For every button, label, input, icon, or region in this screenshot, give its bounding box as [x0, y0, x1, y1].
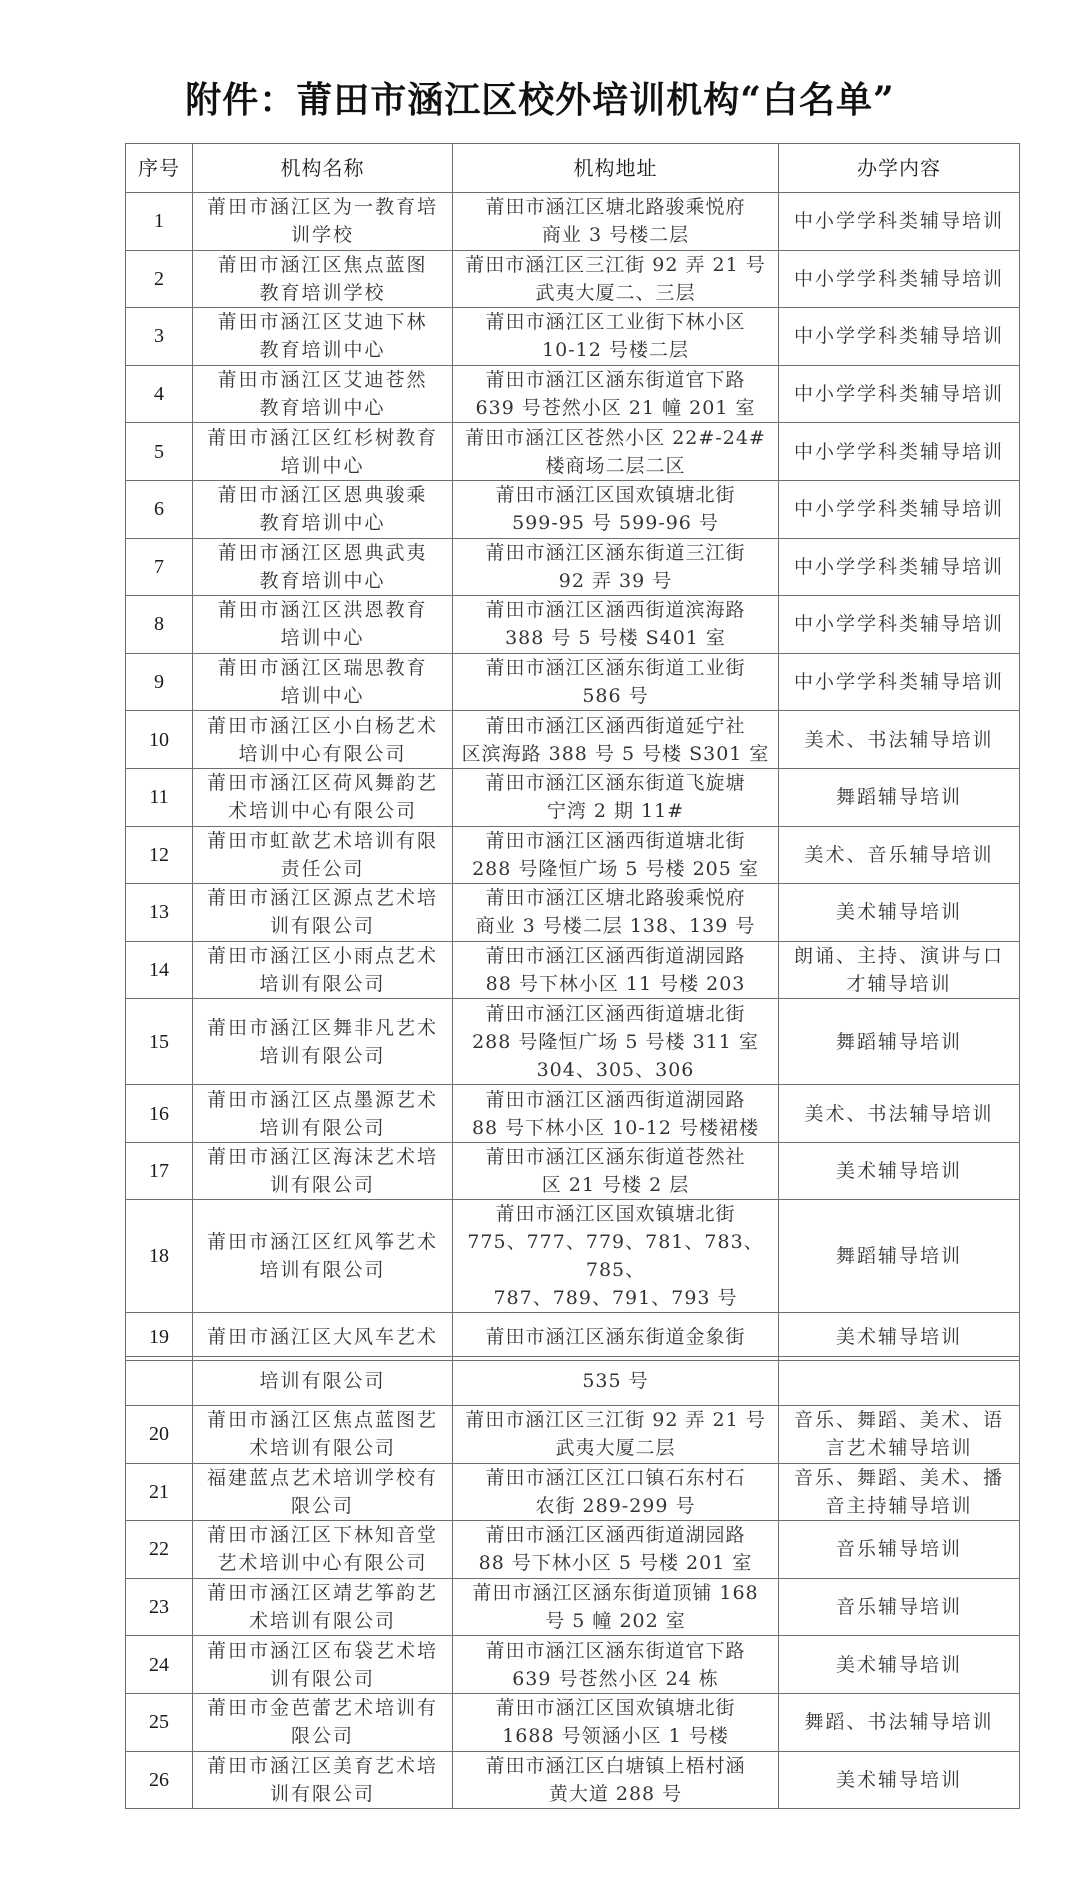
cell-address-text: 莆田市涵江区涵西街道塘北街 288 号隆恒广场 5 号楼 205 室 [459, 827, 772, 883]
cell-address: 535 号 [453, 1357, 779, 1406]
cell-content-text: 美术辅导培训 [785, 898, 1013, 926]
cell-address: 莆田市涵江区涵东街道苍然社 区 21 号楼 2 层 [453, 1143, 779, 1200]
cell-address-text: 莆田市涵江区涵东街道官下路 639 号苍然小区 21 幢 201 室 [459, 366, 772, 422]
cell-no-text: 3 [132, 322, 186, 350]
cell-content: 音乐辅导培训 [779, 1521, 1020, 1579]
cell-name-text: 福建蓝点艺术培训学校有 限公司 [199, 1464, 446, 1520]
cell-no-text: 9 [132, 668, 186, 696]
table-row: 12莆田市虹歆艺术培训有限 责任公司莆田市涵江区涵西街道塘北街 288 号隆恒广… [126, 826, 1020, 884]
table-header-row: 序号 机构名称 机构地址 办学内容 [126, 144, 1020, 193]
cell-no: 14 [126, 941, 193, 999]
cell-address-text: 莆田市涵江区国欢镇塘北街 775、777、779、781、783、785、 78… [459, 1200, 772, 1312]
cell-name-text: 莆田市涵江区艾迪下林 教育培训中心 [199, 308, 446, 364]
cell-no-text: 10 [132, 726, 186, 754]
cell-no: 2 [126, 250, 193, 308]
cell-content-text: 美术、音乐辅导培训 [785, 841, 1013, 869]
cell-address: 莆田市涵江区三江街 92 弄 21 号 武夷大厦二、三层 [453, 250, 779, 308]
table-row: 20莆田市涵江区焦点蓝图艺 术培训有限公司莆田市涵江区三江街 92 弄 21 号… [126, 1406, 1020, 1464]
cell-address-text: 莆田市涵江区三江街 92 弄 21 号 武夷大厦二层 [459, 1406, 772, 1462]
cell-name: 莆田市涵江区小白杨艺术 培训中心有限公司 [193, 711, 453, 769]
header-address: 机构地址 [453, 144, 779, 193]
cell-content: 中小学学科类辅导培训 [779, 480, 1020, 538]
cell-name-text: 莆田市涵江区下林知音堂 艺术培训中心有限公司 [199, 1521, 446, 1577]
cell-content-text: 舞蹈辅导培训 [785, 783, 1013, 811]
cell-address: 莆田市涵江区涵西街道湖园路 88 号下林小区 10-12 号楼裙楼 [453, 1085, 779, 1143]
cell-name-text: 莆田市涵江区小雨点艺术 培训有限公司 [199, 942, 446, 998]
cell-content-text: 中小学学科类辅导培训 [785, 553, 1013, 581]
cell-no-text: 26 [132, 1766, 186, 1794]
cell-address-text: 莆田市涵江区白塘镇上梧村涵 黄大道 288 号 [459, 1752, 772, 1808]
cell-name: 莆田市涵江区恩典骏乘 教育培训中心 [193, 480, 453, 538]
cell-content: 美术、书法辅导培训 [779, 1085, 1020, 1143]
cell-address: 莆田市涵江区江口镇石东村石 农街 289-299 号 [453, 1463, 779, 1521]
cell-name: 莆田市涵江区焦点蓝图 教育培训学校 [193, 250, 453, 308]
cell-name: 莆田市涵江区海沫艺术培 训有限公司 [193, 1143, 453, 1200]
cell-no-text: 23 [132, 1593, 186, 1621]
cell-address: 莆田市涵江区涵西街道塘北街 288 号隆恒广场 5 号楼 205 室 [453, 826, 779, 884]
cell-content-text: 中小学学科类辅导培训 [785, 380, 1013, 408]
cell-no: 7 [126, 538, 193, 596]
cell-content: 美术辅导培训 [779, 1636, 1020, 1694]
cell-name-text: 培训有限公司 [199, 1367, 446, 1395]
cell-no: 22 [126, 1521, 193, 1579]
cell-name-text: 莆田市涵江区恩典骏乘 教育培训中心 [199, 481, 446, 537]
cell-no-text: 11 [132, 783, 186, 811]
table-row: 4莆田市涵江区艾迪苍然 教育培训中心莆田市涵江区涵东街道官下路 639 号苍然小… [126, 365, 1020, 423]
cell-name-text: 莆田市涵江区美育艺术培 训有限公司 [199, 1752, 446, 1808]
table-row: 7莆田市涵江区恩典武夷 教育培训中心莆田市涵江区涵东街道三江街 92 弄 39 … [126, 538, 1020, 596]
cell-name-text: 莆田市涵江区瑞思教育 培训中心 [199, 654, 446, 710]
cell-address: 莆田市涵江区国欢镇塘北街 1688 号领涵小区 1 号楼 [453, 1693, 779, 1751]
cell-content: 中小学学科类辅导培训 [779, 596, 1020, 654]
cell-content: 中小学学科类辅导培训 [779, 653, 1020, 711]
cell-no: 16 [126, 1085, 193, 1143]
cell-name-text: 莆田市涵江区源点艺术培 训有限公司 [199, 884, 446, 940]
cell-no: 3 [126, 308, 193, 366]
cell-address-text: 莆田市涵江区涵西街道湖园路 88 号下林小区 5 号楼 201 室 [459, 1521, 772, 1577]
header-no: 序号 [126, 144, 193, 193]
cell-name: 莆田市涵江区舞非凡艺术 培训有限公司 [193, 999, 453, 1085]
cell-content: 美术、音乐辅导培训 [779, 826, 1020, 884]
header-name: 机构名称 [193, 144, 453, 193]
cell-no-text: 22 [132, 1535, 186, 1563]
cell-name-text: 莆田市涵江区小白杨艺术 培训中心有限公司 [199, 712, 446, 768]
cell-address-text: 莆田市涵江区涵西街道滨海路 388 号 5 号楼 S401 室 [459, 596, 772, 652]
cell-name: 莆田市涵江区为一教育培 训学校 [193, 193, 453, 251]
cell-content: 音乐、舞蹈、美术、语 言艺术辅导培训 [779, 1406, 1020, 1464]
cell-content: 舞蹈、书法辅导培训 [779, 1693, 1020, 1751]
cell-content-text: 舞蹈辅导培训 [785, 1028, 1013, 1056]
cell-content: 音乐辅导培训 [779, 1578, 1020, 1636]
cell-no-text: 16 [132, 1100, 186, 1128]
whitelist-table-page-2: 培训有限公司 535 号 20莆田市涵江区焦点蓝图艺 术培训有限公司莆田市涵江区… [125, 1356, 1020, 1809]
cell-no-text: 8 [132, 610, 186, 638]
cell-address: 莆田市涵江区国欢镇塘北街 775、777、779、781、783、785、 78… [453, 1200, 779, 1313]
cell-address-text: 莆田市涵江区涵东街道金象街 [459, 1323, 772, 1351]
cell-name: 莆田市涵江区艾迪下林 教育培训中心 [193, 308, 453, 366]
table-row: 21福建蓝点艺术培训学校有 限公司莆田市涵江区江口镇石东村石 农街 289-29… [126, 1463, 1020, 1521]
cell-no-text: 21 [132, 1478, 186, 1506]
cell-content [779, 1357, 1020, 1406]
table-row: 22莆田市涵江区下林知音堂 艺术培训中心有限公司莆田市涵江区涵西街道湖园路 88… [126, 1521, 1020, 1579]
cell-name: 莆田市涵江区红风筝艺术 培训有限公司 [193, 1200, 453, 1313]
table-row: 10莆田市涵江区小白杨艺术 培训中心有限公司莆田市涵江区涵西街道延宁社 区滨海路… [126, 711, 1020, 769]
cell-name: 莆田市涵江区艾迪苍然 教育培训中心 [193, 365, 453, 423]
cell-name: 莆田市涵江区下林知音堂 艺术培训中心有限公司 [193, 1521, 453, 1579]
cell-no-text: 4 [132, 380, 186, 408]
cell-no-text: 13 [132, 898, 186, 926]
cell-content-text: 音乐辅导培训 [785, 1535, 1013, 1563]
cell-content-text: 中小学学科类辅导培训 [785, 265, 1013, 293]
cell-name: 培训有限公司 [193, 1357, 453, 1406]
cell-name-text: 莆田市涵江区为一教育培 训学校 [199, 193, 446, 249]
header-content: 办学内容 [779, 144, 1020, 193]
cell-content-text: 中小学学科类辅导培训 [785, 668, 1013, 696]
cell-address-text: 莆田市涵江区涵西街道湖园路 88 号下林小区 11 号楼 203 [459, 942, 772, 998]
cell-name: 莆田市涵江区红杉树教育 培训中心 [193, 423, 453, 481]
cell-address-text: 莆田市涵江区塘北路骏乘悦府 商业 3 号楼二层 138、139 号 [459, 884, 772, 940]
cell-content-text: 美术、书法辅导培训 [785, 1100, 1013, 1128]
cell-address-text: 莆田市涵江区工业街下林小区 10-12 号楼二层 [459, 308, 772, 364]
cell-name: 莆田市涵江区洪恩教育 培训中心 [193, 596, 453, 654]
cell-no: 26 [126, 1751, 193, 1809]
cell-no: 5 [126, 423, 193, 481]
cell-name-text: 莆田市涵江区洪恩教育 培训中心 [199, 596, 446, 652]
cell-no [126, 1357, 193, 1406]
cell-name: 莆田市涵江区美育艺术培 训有限公司 [193, 1751, 453, 1809]
cell-content-text: 音乐、舞蹈、美术、语 言艺术辅导培训 [785, 1406, 1013, 1462]
cell-content-text: 美术辅导培训 [785, 1157, 1013, 1185]
cell-address: 莆田市涵江区涵西街道湖园路 88 号下林小区 5 号楼 201 室 [453, 1521, 779, 1579]
cell-address: 莆田市涵江区涵东街道官下路 639 号苍然小区 21 幢 201 室 [453, 365, 779, 423]
cell-no: 12 [126, 826, 193, 884]
table-row: 25莆田市金芭蕾艺术培训有 限公司莆田市涵江区国欢镇塘北街 1688 号领涵小区… [126, 1693, 1020, 1751]
cell-address: 莆田市涵江区塘北路骏乘悦府 商业 3 号楼二层 138、139 号 [453, 884, 779, 942]
table-row: 17莆田市涵江区海沫艺术培 训有限公司莆田市涵江区涵东街道苍然社 区 21 号楼… [126, 1143, 1020, 1200]
cell-no: 6 [126, 480, 193, 538]
cell-no: 9 [126, 653, 193, 711]
cell-address: 莆田市涵江区涵西街道延宁社 区滨海路 388 号 5 号楼 S301 室 [453, 711, 779, 769]
cell-address-text: 莆田市涵江区国欢镇塘北街 1688 号领涵小区 1 号楼 [459, 1694, 772, 1750]
cell-no: 19 [126, 1313, 193, 1361]
cell-content-text: 中小学学科类辅导培训 [785, 438, 1013, 466]
cell-no: 25 [126, 1693, 193, 1751]
cell-no-text: 12 [132, 841, 186, 869]
cell-content-text: 音乐、舞蹈、美术、播 音主持辅导培训 [785, 1464, 1013, 1520]
cell-no: 13 [126, 884, 193, 942]
cell-name-text: 莆田市涵江区红风筝艺术 培训有限公司 [199, 1228, 446, 1284]
cell-address-text: 莆田市涵江区涵东街道顶铺 168 号 5 幢 202 室 [459, 1579, 772, 1635]
cell-address-text: 莆田市涵江区苍然小区 22#-24# 楼商场二层二区 [459, 424, 772, 480]
table-row: 3莆田市涵江区艾迪下林 教育培训中心莆田市涵江区工业街下林小区 10-12 号楼… [126, 308, 1020, 366]
cell-no: 17 [126, 1143, 193, 1200]
table-row: 13莆田市涵江区源点艺术培 训有限公司莆田市涵江区塘北路骏乘悦府 商业 3 号楼… [126, 884, 1020, 942]
cell-no: 15 [126, 999, 193, 1085]
cell-address-text: 535 号 [459, 1367, 772, 1395]
cell-name-text: 莆田市涵江区布袋艺术培 训有限公司 [199, 1637, 446, 1693]
cell-address: 莆田市涵江区涵东街道工业街 586 号 [453, 653, 779, 711]
cell-address: 莆田市涵江区涵东街道顶铺 168 号 5 幢 202 室 [453, 1578, 779, 1636]
cell-no-text: 1 [132, 207, 186, 235]
cell-no-text: 25 [132, 1708, 186, 1736]
cell-name: 莆田市涵江区小雨点艺术 培训有限公司 [193, 941, 453, 999]
table-row: 11莆田市涵江区荷风舞韵艺 术培训中心有限公司莆田市涵江区涵东街道飞旋塘 宁湾 … [126, 768, 1020, 826]
cell-content: 美术、书法辅导培训 [779, 711, 1020, 769]
cell-name: 莆田市涵江区恩典武夷 教育培训中心 [193, 538, 453, 596]
cell-no: 18 [126, 1200, 193, 1313]
cell-name-text: 莆田市涵江区靖艺筝韵艺 术培训有限公司 [199, 1579, 446, 1635]
cell-address: 莆田市涵江区工业街下林小区 10-12 号楼二层 [453, 308, 779, 366]
cell-address-text: 莆田市涵江区涵东街道苍然社 区 21 号楼 2 层 [459, 1143, 772, 1199]
cell-name-text: 莆田市涵江区点墨源艺术 培训有限公司 [199, 1086, 446, 1142]
cell-content-text: 朗诵、主持、演讲与口 才辅导培训 [785, 942, 1013, 998]
table-row: 23莆田市涵江区靖艺筝韵艺 术培训有限公司莆田市涵江区涵东街道顶铺 168 号 … [126, 1578, 1020, 1636]
cell-no: 20 [126, 1406, 193, 1464]
document-title: 附件：莆田市涵江区校外培训机构“白名单” [0, 78, 1080, 122]
cell-content: 中小学学科类辅导培训 [779, 193, 1020, 251]
cell-name-text: 莆田市涵江区海沫艺术培 训有限公司 [199, 1143, 446, 1199]
cell-content: 音乐、舞蹈、美术、播 音主持辅导培训 [779, 1463, 1020, 1521]
cell-address: 莆田市涵江区涵东街道三江街 92 弄 39 号 [453, 538, 779, 596]
cell-address-text: 莆田市涵江区涵西街道湖园路 88 号下林小区 10-12 号楼裙楼 [459, 1086, 772, 1142]
cell-no: 11 [126, 768, 193, 826]
cell-no: 10 [126, 711, 193, 769]
cell-name: 莆田市虹歆艺术培训有限 责任公司 [193, 826, 453, 884]
cell-address-text: 莆田市涵江区涵东街道三江街 92 弄 39 号 [459, 539, 772, 595]
cell-content: 中小学学科类辅导培训 [779, 538, 1020, 596]
cell-no-text: 15 [132, 1028, 186, 1056]
cell-no-text: 5 [132, 438, 186, 466]
table-row: 5莆田市涵江区红杉树教育 培训中心莆田市涵江区苍然小区 22#-24# 楼商场二… [126, 423, 1020, 481]
cell-name-text: 莆田市金芭蕾艺术培训有 限公司 [199, 1694, 446, 1750]
cell-no: 4 [126, 365, 193, 423]
cell-content-text: 美术辅导培训 [785, 1651, 1013, 1679]
cell-no: 1 [126, 193, 193, 251]
cell-content-text: 中小学学科类辅导培训 [785, 207, 1013, 235]
cell-name-text: 莆田市虹歆艺术培训有限 责任公司 [199, 827, 446, 883]
cell-name-text: 莆田市涵江区恩典武夷 教育培训中心 [199, 539, 446, 595]
cell-content: 中小学学科类辅导培训 [779, 250, 1020, 308]
cell-address: 莆田市涵江区塘北路骏乘悦府 商业 3 号楼二层 [453, 193, 779, 251]
table-row: 16莆田市涵江区点墨源艺术 培训有限公司莆田市涵江区涵西街道湖园路 88 号下林… [126, 1085, 1020, 1143]
cell-no-text: 17 [132, 1157, 186, 1185]
cell-content-text: 舞蹈、书法辅导培训 [785, 1708, 1013, 1736]
table-row: 15莆田市涵江区舞非凡艺术 培训有限公司莆田市涵江区涵西街道塘北街 288 号隆… [126, 999, 1020, 1085]
cell-content-text: 美术辅导培训 [785, 1766, 1013, 1794]
cell-address: 莆田市涵江区涵东街道飞旋塘 宁湾 2 期 11# [453, 768, 779, 826]
table-row: 24莆田市涵江区布袋艺术培 训有限公司莆田市涵江区涵东街道官下路 639 号苍然… [126, 1636, 1020, 1694]
cell-content: 中小学学科类辅导培训 [779, 423, 1020, 481]
cell-address-text: 莆田市涵江区三江街 92 弄 21 号 武夷大厦二、三层 [459, 251, 772, 307]
cell-address: 莆田市涵江区涵西街道塘北街 288 号隆恒广场 5 号楼 311 室 304、3… [453, 999, 779, 1085]
cell-no-text: 7 [132, 553, 186, 581]
cell-name: 莆田市涵江区大风车艺术 [193, 1313, 453, 1361]
cell-content: 舞蹈辅导培训 [779, 1200, 1020, 1313]
cell-name: 莆田市涵江区靖艺筝韵艺 术培训有限公司 [193, 1578, 453, 1636]
cell-address-text: 莆田市涵江区国欢镇塘北街 599-95 号 599-96 号 [459, 481, 772, 537]
cell-address-text: 莆田市涵江区涵东街道官下路 639 号苍然小区 24 栋 [459, 1637, 772, 1693]
cell-content: 中小学学科类辅导培训 [779, 308, 1020, 366]
cell-name: 莆田市涵江区点墨源艺术 培训有限公司 [193, 1085, 453, 1143]
cell-address-text: 莆田市涵江区涵西街道延宁社 区滨海路 388 号 5 号楼 S301 室 [459, 712, 772, 768]
cell-address: 莆田市涵江区涵东街道官下路 639 号苍然小区 24 栋 [453, 1636, 779, 1694]
cell-content-text: 中小学学科类辅导培训 [785, 322, 1013, 350]
cell-content-text: 中小学学科类辅导培训 [785, 495, 1013, 523]
cell-content: 美术辅导培训 [779, 1143, 1020, 1200]
cell-content: 舞蹈辅导培训 [779, 999, 1020, 1085]
cell-no-text: 20 [132, 1420, 186, 1448]
table-row: 18莆田市涵江区红风筝艺术 培训有限公司莆田市涵江区国欢镇塘北街 775、777… [126, 1200, 1020, 1313]
cell-address-text: 莆田市涵江区塘北路骏乘悦府 商业 3 号楼二层 [459, 193, 772, 249]
cell-name-text: 莆田市涵江区大风车艺术 [199, 1323, 446, 1351]
cell-name: 莆田市涵江区瑞思教育 培训中心 [193, 653, 453, 711]
table-row: 2莆田市涵江区焦点蓝图 教育培训学校莆田市涵江区三江街 92 弄 21 号 武夷… [126, 250, 1020, 308]
cell-name: 莆田市金芭蕾艺术培训有 限公司 [193, 1693, 453, 1751]
cell-name-text: 莆田市涵江区焦点蓝图艺 术培训有限公司 [199, 1406, 446, 1462]
cell-address: 莆田市涵江区白塘镇上梧村涵 黄大道 288 号 [453, 1751, 779, 1809]
table-row: 14莆田市涵江区小雨点艺术 培训有限公司莆田市涵江区涵西街道湖园路 88 号下林… [126, 941, 1020, 999]
cell-content-text: 舞蹈辅导培训 [785, 1242, 1013, 1270]
cell-content-text: 美术、书法辅导培训 [785, 726, 1013, 754]
table-row: 8莆田市涵江区洪恩教育 培训中心莆田市涵江区涵西街道滨海路 388 号 5 号楼… [126, 596, 1020, 654]
cell-name: 莆田市涵江区布袋艺术培 训有限公司 [193, 1636, 453, 1694]
cell-no-text: 6 [132, 495, 186, 523]
table-row: 6莆田市涵江区恩典骏乘 教育培训中心莆田市涵江区国欢镇塘北街 599-95 号 … [126, 480, 1020, 538]
cell-name-text: 莆田市涵江区艾迪苍然 教育培训中心 [199, 366, 446, 422]
cell-address: 莆田市涵江区国欢镇塘北街 599-95 号 599-96 号 [453, 480, 779, 538]
cell-name: 福建蓝点艺术培训学校有 限公司 [193, 1463, 453, 1521]
whitelist-table-page-1: 序号 机构名称 机构地址 办学内容 1莆田市涵江区为一教育培 训学校莆田市涵江区… [125, 143, 1020, 1361]
cell-no-text: 18 [132, 1242, 186, 1270]
cell-name: 莆田市涵江区焦点蓝图艺 术培训有限公司 [193, 1406, 453, 1464]
cell-content-text: 中小学学科类辅导培训 [785, 610, 1013, 638]
cell-no: 24 [126, 1636, 193, 1694]
cell-content: 中小学学科类辅导培训 [779, 365, 1020, 423]
table-row: 1莆田市涵江区为一教育培 训学校莆田市涵江区塘北路骏乘悦府 商业 3 号楼二层中… [126, 193, 1020, 251]
cell-address-text: 莆田市涵江区涵西街道塘北街 288 号隆恒广场 5 号楼 311 室 304、3… [459, 1000, 772, 1084]
cell-no: 21 [126, 1463, 193, 1521]
cell-name: 莆田市涵江区荷风舞韵艺 术培训中心有限公司 [193, 768, 453, 826]
cell-address: 莆田市涵江区涵东街道金象街 [453, 1313, 779, 1361]
cell-address-text: 莆田市涵江区涵东街道飞旋塘 宁湾 2 期 11# [459, 769, 772, 825]
cell-name-text: 莆田市涵江区焦点蓝图 教育培训学校 [199, 251, 446, 307]
cell-name-text: 莆田市涵江区荷风舞韵艺 术培训中心有限公司 [199, 769, 446, 825]
cell-content: 美术辅导培训 [779, 1313, 1020, 1361]
cell-address: 莆田市涵江区苍然小区 22#-24# 楼商场二层二区 [453, 423, 779, 481]
cell-no-text: 24 [132, 1651, 186, 1679]
cell-content: 朗诵、主持、演讲与口 才辅导培训 [779, 941, 1020, 999]
cell-no-text: 2 [132, 265, 186, 293]
cell-content: 美术辅导培训 [779, 884, 1020, 942]
cell-no: 8 [126, 596, 193, 654]
cell-name: 莆田市涵江区源点艺术培 训有限公司 [193, 884, 453, 942]
table-row: 26莆田市涵江区美育艺术培 训有限公司莆田市涵江区白塘镇上梧村涵 黄大道 288… [126, 1751, 1020, 1809]
cell-content-text: 美术辅导培训 [785, 1323, 1013, 1351]
cell-name-text: 莆田市涵江区舞非凡艺术 培训有限公司 [199, 1014, 446, 1070]
cell-content: 美术辅导培训 [779, 1751, 1020, 1809]
cell-address-text: 莆田市涵江区涵东街道工业街 586 号 [459, 654, 772, 710]
cell-no: 23 [126, 1578, 193, 1636]
cell-no-text: 19 [132, 1323, 186, 1351]
cell-address: 莆田市涵江区三江街 92 弄 21 号 武夷大厦二层 [453, 1406, 779, 1464]
table-row: 19莆田市涵江区大风车艺术莆田市涵江区涵东街道金象街美术辅导培训 [126, 1313, 1020, 1361]
table-row-continuation: 培训有限公司 535 号 [126, 1357, 1020, 1406]
cell-name-text: 莆田市涵江区红杉树教育 培训中心 [199, 424, 446, 480]
cell-address: 莆田市涵江区涵西街道湖园路 88 号下林小区 11 号楼 203 [453, 941, 779, 999]
cell-no-text: 14 [132, 956, 186, 984]
cell-address-text: 莆田市涵江区江口镇石东村石 农街 289-299 号 [459, 1464, 772, 1520]
table-row: 9莆田市涵江区瑞思教育 培训中心莆田市涵江区涵东街道工业街 586 号中小学学科… [126, 653, 1020, 711]
cell-content-text: 音乐辅导培训 [785, 1593, 1013, 1621]
cell-address: 莆田市涵江区涵西街道滨海路 388 号 5 号楼 S401 室 [453, 596, 779, 654]
cell-content: 舞蹈辅导培训 [779, 768, 1020, 826]
